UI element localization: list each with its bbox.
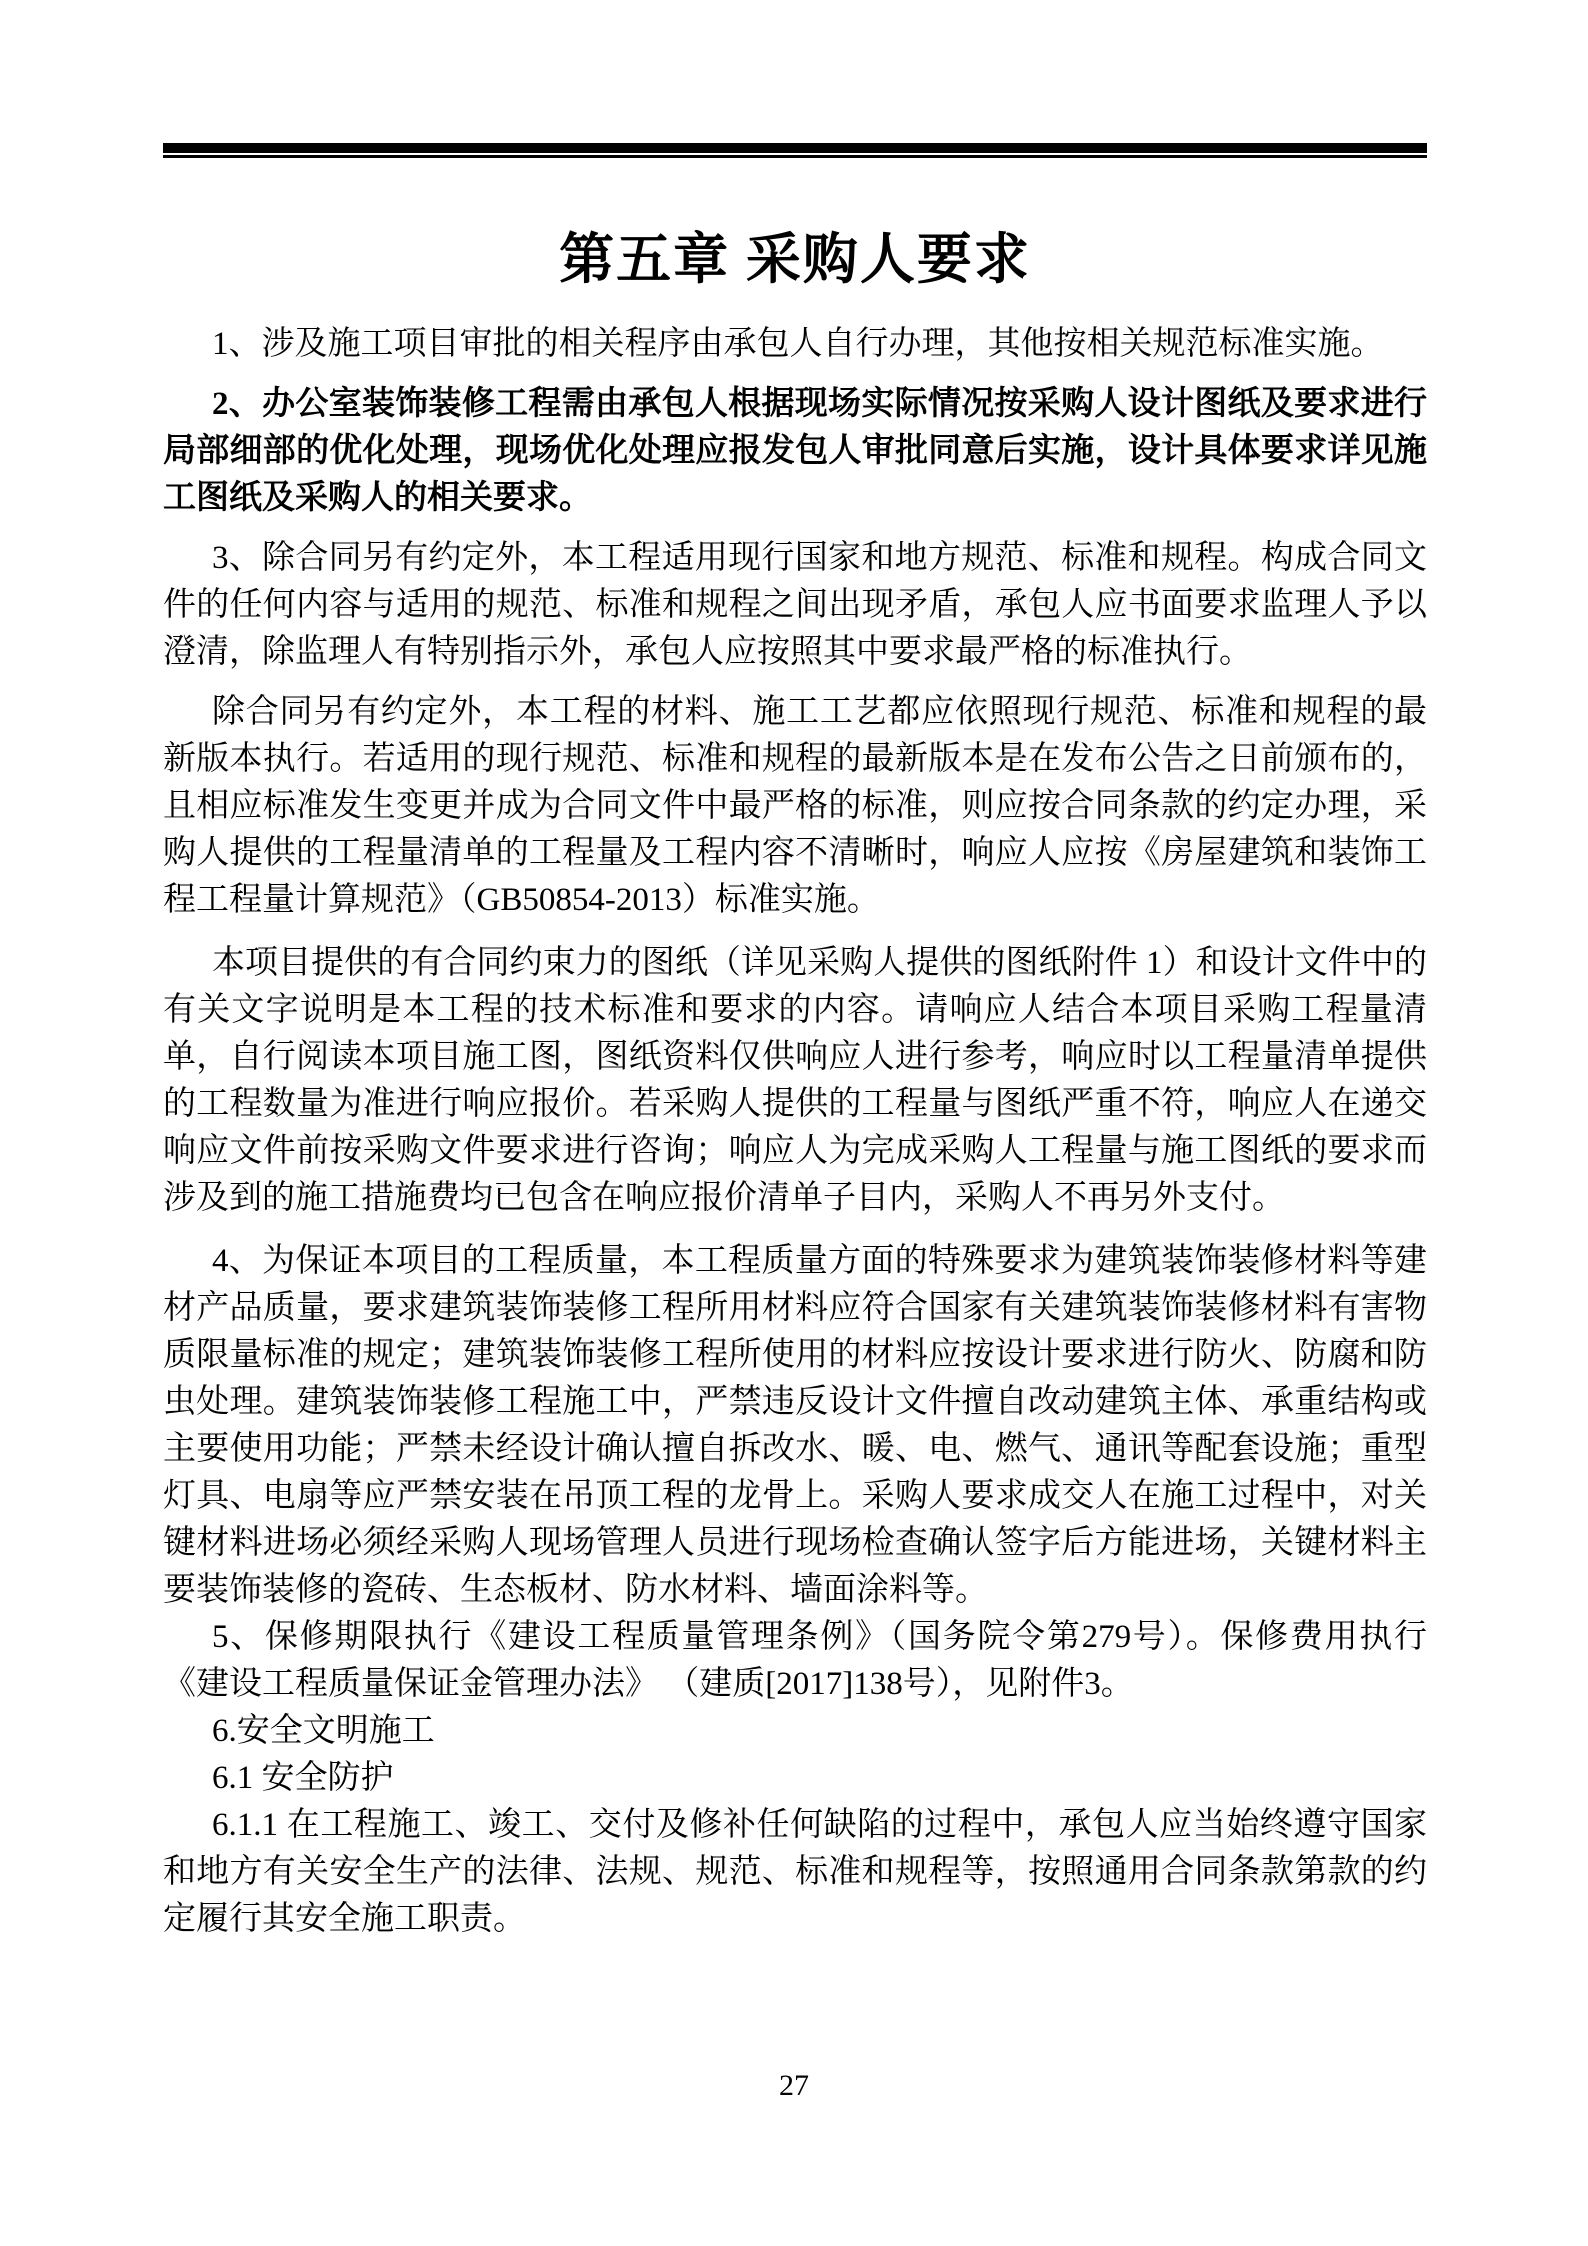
- paragraph-item-5: 5、保修期限执行《建设工程质量管理条例》（国务院令第279号）。保修费用执行《建…: [163, 1614, 1427, 1708]
- page-number: 27: [0, 2062, 1588, 2109]
- heading-item-6-1: 6.1 安全防护: [163, 1755, 1427, 1802]
- header-rule-thick: [163, 143, 1427, 153]
- document-page: 第五章 采购人要求 1、涉及施工项目审批的相关程序由承包人自行办理，其他按相关规…: [0, 0, 1588, 2246]
- paragraph-drawings: 本项目提供的有合同约束力的图纸（详见采购人提供的图纸附件 1）和设计文件中的有关…: [163, 940, 1427, 1222]
- chapter-title: 第五章 采购人要求: [163, 222, 1427, 297]
- document-content: 第五章 采购人要求 1、涉及施工项目审批的相关程序由承包人自行办理，其他按相关规…: [163, 222, 1427, 1943]
- paragraph-item-2-bold: 2、办公室装饰装修工程需由承包人根据现场实际情况按采购人设计图纸及要求进行局部细…: [163, 381, 1427, 522]
- paragraph-item-1: 1、涉及施工项目审批的相关程序由承包人自行办理，其他按相关规范标准实施。: [163, 321, 1427, 368]
- heading-item-6: 6.安全文明施工: [163, 1708, 1427, 1755]
- paragraph-item-3: 3、除合同另有约定外，本工程适用现行国家和地方规范、标准和规程。构成合同文件的任…: [163, 535, 1427, 676]
- header-rule-thin: [163, 155, 1427, 158]
- header-rules: [163, 143, 1427, 158]
- paragraph-item-4: 4、为保证本项目的工程质量，本工程质量方面的特殊要求为建筑装饰装修材料等建材产品…: [163, 1238, 1427, 1614]
- paragraph-standards: 除合同另有约定外，本工程的材料、施工工艺都应依照现行规范、标准和规程的最新版本执…: [163, 689, 1427, 924]
- paragraph-item-6-1-1: 6.1.1 在工程施工、竣工、交付及修补任何缺陷的过程中，承包人应当始终遵守国家…: [163, 1802, 1427, 1943]
